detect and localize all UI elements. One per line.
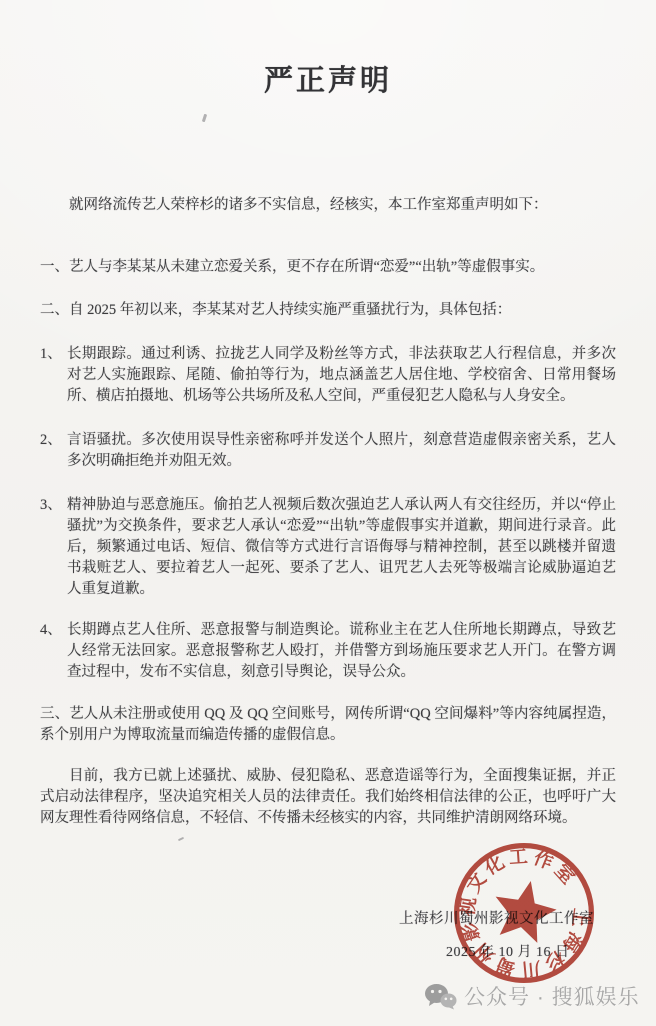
section-paragraph-2: 二、自 2025 年初以来，李某某对艺人持续实施严重骚扰行为，具体包括：	[40, 300, 616, 321]
closing-paragraph: 目前，我方已就上述骚扰、威胁、侵犯隐私、恶意造谣等行为，全面搜集证据，并正式启动…	[40, 766, 616, 829]
item-number: 3、	[40, 495, 62, 516]
item-number: 2、	[40, 430, 62, 451]
item-text: 长期蹲点艺人住所、恶意报警与制造舆论。谎称业主在艺人住所地长期蹲点，导致艺人经常…	[67, 622, 616, 680]
numbered-item-3: 3、 精神胁迫与恶意施压。偷拍艺人视频后数次强迫艺人承认两人有交往经历，并以“停…	[40, 495, 616, 600]
seal-star-icon	[488, 875, 561, 946]
intro-paragraph: 就网络流传艺人荣梓杉的诸多不实信息，经核实，本工作室郑重声明如下：	[40, 195, 616, 216]
wechat-icon	[424, 983, 457, 1010]
section-paragraph-3: 三、艺人从未注册或使用 QQ 及 QQ 空间账号，网传所谓“QQ 空间爆料”等内…	[40, 704, 616, 746]
item-number: 4、	[40, 620, 62, 641]
numbered-item-1: 1、 长期跟踪。通过利诱、拉拢艺人同学及粉丝等方式，非法获取艺人行程信息，并多次…	[40, 344, 616, 407]
watermark: 公众号 · 搜狐娱乐	[424, 981, 640, 1011]
section-paragraph-1: 一、艺人与李某某从未建立恋爱关系，更不存在所谓“恋爱”“出轨”等虚假事实。	[40, 257, 616, 278]
statement-document-page: 严正声明 就网络流传艺人荣梓杉的诸多不实信息，经核实，本工作室郑重声明如下： 一…	[0, 0, 656, 1026]
numbered-item-2: 2、 言语骚扰。多次使用误导性亲密称呼并发送个人照片，刻意营造虚假亲密关系，艺人…	[40, 430, 616, 472]
item-text: 精神胁迫与恶意施压。偷拍艺人视频后数次强迫艺人承认两人有交往经历，并以“停止骚扰…	[67, 497, 616, 597]
numbered-item-4: 4、 长期蹲点艺人住所、恶意报警与制造舆论。谎称业主在艺人住所地长期蹲点，导致艺…	[40, 620, 616, 683]
item-text: 长期跟踪。通过利诱、拉拢艺人同学及粉丝等方式，非法获取艺人行程信息，并多次对艺人…	[67, 346, 616, 404]
company-seal-stamp: 上海杉川蜀州影视文化工作室	[447, 836, 601, 990]
document-body: 严正声明 就网络流传艺人荣梓杉的诸多不实信息，经核实，本工作室郑重声明如下： 一…	[40, 0, 616, 844]
item-number: 1、	[40, 344, 62, 365]
item-text: 言语骚扰。多次使用误导性亲密称呼并发送个人照片，刻意营造虚假亲密关系，艺人多次明…	[67, 432, 616, 469]
watermark-label: 公众号 · 搜狐娱乐	[464, 981, 640, 1011]
document-title: 严正声明	[40, 62, 616, 100]
